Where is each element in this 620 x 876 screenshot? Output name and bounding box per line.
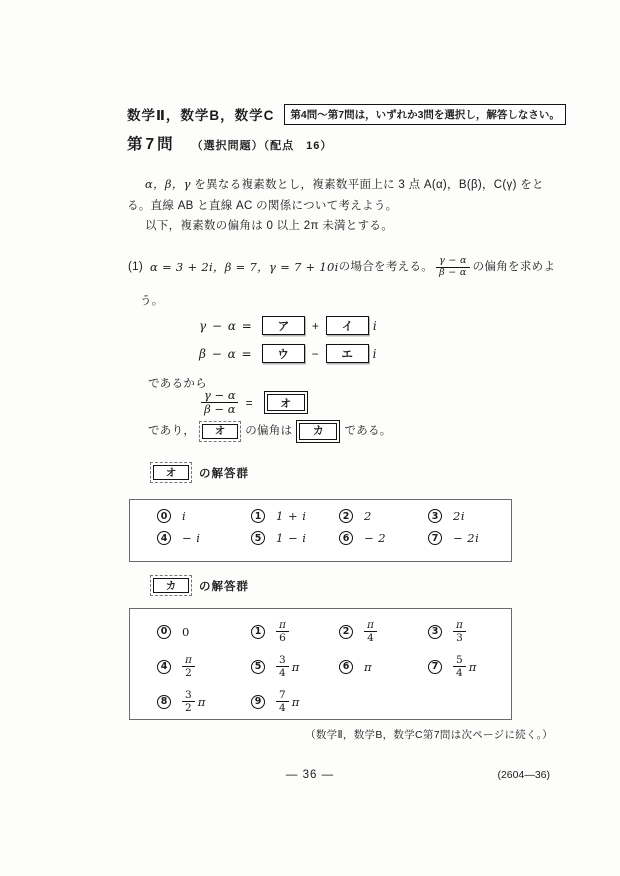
answer-group-ka: 00 1π6 2π4 3π3 4π2 534π 6π 754π 832π 974… [129, 608, 512, 720]
option-item: 11 + i [251, 509, 339, 523]
exam-page: 数学Ⅱ，数学B，数学C 第4問～第7問は，いずれか3問を選択し，解答しなさい。 … [0, 0, 620, 876]
option-fraction: 34 [276, 654, 289, 679]
answer-group-ka-suffix: の解答群 [199, 578, 249, 594]
option-number: 2 [339, 625, 353, 639]
answer-group-o-header: オ の解答群 [150, 462, 249, 483]
option-item: 0i [157, 509, 251, 523]
eq2-lhs: β − α = [199, 347, 253, 361]
option-value: 1 + i [276, 509, 306, 523]
answer-group-o-suffix: の解答群 [199, 465, 249, 481]
fraction-denominator: 3 [453, 631, 466, 644]
option-item: 3π3 [428, 619, 511, 644]
answer-box-i: イ [326, 316, 369, 335]
option-item: 4π2 [157, 654, 251, 679]
option-value: 2i [453, 509, 465, 523]
answer-box-o: オ [267, 394, 305, 411]
plus-sign: + [312, 319, 319, 333]
option-number: 4 [157, 531, 171, 545]
pi-suffix: π [292, 695, 300, 709]
option-value: i [182, 509, 186, 523]
equation-beta-minus-alpha: β − α = ウ − エ i [199, 344, 376, 363]
option-item: 754π [428, 654, 511, 679]
fraction-denominator: 6 [276, 631, 289, 644]
option-item: 6− 2 [339, 531, 428, 545]
minus-sign: − [312, 347, 319, 361]
option-number: 9 [251, 695, 265, 709]
question-title-row: 第7問 （選択問題）（配点 16） [127, 132, 332, 154]
option-item: 6π [339, 654, 428, 679]
eq1-lhs: γ − α = [199, 319, 253, 333]
answer-box-o-ref: オ [199, 421, 241, 442]
fraction-numerator: 5 [453, 654, 466, 666]
option-fraction: 74 [276, 689, 289, 714]
option-value: 1 − i [276, 531, 306, 545]
answer-box-a: ア [262, 316, 305, 335]
answer-box-e: エ [326, 344, 369, 363]
option-number: 2 [339, 509, 353, 523]
fraction-denominator: 4 [364, 631, 377, 644]
fraction-denominator: 2 [182, 701, 195, 714]
answer-box-ka-header-label: カ [153, 578, 189, 593]
equation-gamma-minus-alpha: γ − α = ア + イ i [199, 316, 377, 335]
display-fraction: γ − α β − α [201, 389, 239, 416]
fraction-numerator: π [453, 619, 466, 631]
fraction-denominator: 4 [276, 666, 289, 679]
option-item: 00 [157, 619, 251, 644]
fraction-numerator: 3 [276, 654, 289, 666]
problem-1-line2: う。 [140, 291, 164, 312]
answer-group-o-grid: 0i 11 + i 22 32i 4− i 51 − i 6− 2 7− 2i [130, 500, 511, 545]
fraction-numerator: γ − α [201, 389, 239, 402]
option-number: 4 [157, 660, 171, 674]
fraction-denominator: β − α [201, 402, 238, 416]
answer-box-ka: カ [299, 423, 337, 440]
fraction-denominator: 2 [182, 666, 195, 679]
page-header: 数学Ⅱ，数学B，数学C 第4問～第7問は，いずれか3問を選択し，解答しなさい。 [127, 104, 566, 125]
option-number: 1 [251, 625, 265, 639]
empty-cell [428, 689, 511, 714]
option-number: 1 [251, 509, 265, 523]
answer-group-o: 0i 11 + i 22 32i 4− i 51 − i 6− 2 7− 2i [129, 499, 512, 562]
conclusion-text-2: の偏角は [245, 421, 292, 442]
option-value: 0 [182, 625, 190, 639]
option-number: 5 [251, 660, 265, 674]
continuation-note: （数学Ⅱ，数学B，数学C第7問は次ページに続く。） [0, 727, 553, 742]
option-number: 7 [428, 660, 442, 674]
subject-heading: 数学Ⅱ，数学B，数学C [127, 104, 274, 124]
imaginary-unit: i [373, 347, 377, 361]
conclusion-line: であり， オ の偏角は カ である。 [148, 421, 392, 442]
answer-box-ka-header: カ [150, 575, 192, 596]
option-item: 51 − i [251, 531, 339, 545]
option-number: 5 [251, 531, 265, 545]
option-number: 7 [428, 531, 442, 545]
fraction-denominator: 4 [453, 666, 466, 679]
equals-sign: = [246, 396, 253, 410]
option-item: 22 [339, 509, 428, 523]
intro-block: α，β，γ を異なる複素数とし，複素数平面上に 3 点 A(α)，B(β)，C(… [127, 174, 548, 237]
fraction-numerator: π [364, 619, 377, 631]
greek-variables: α，β，γ [145, 177, 191, 191]
option-fraction: π3 [453, 619, 466, 644]
fraction-numerator: π [276, 619, 289, 631]
option-value: 2 [364, 509, 372, 523]
pi-suffix: π [292, 660, 300, 674]
option-number: 6 [339, 531, 353, 545]
option-item: 2π4 [339, 619, 428, 644]
option-item: 1π6 [251, 619, 339, 644]
option-item: 7− 2i [428, 531, 511, 545]
fraction-numerator: γ − α [436, 256, 470, 267]
display-equation: γ − α β − α = オ [201, 389, 312, 416]
option-value: − 2 [364, 531, 386, 545]
option-item: 534π [251, 654, 339, 679]
answer-box-u: ウ [262, 344, 305, 363]
problem-1-text: の場合を考える。 [339, 257, 433, 278]
option-number: 0 [157, 509, 171, 523]
question-meta: （選択問題）（配点 16） [192, 137, 333, 153]
inline-fraction: γ − α β − α [436, 256, 470, 279]
problem-1-tail: の偏角を求めよ [473, 257, 556, 278]
conclusion-text-3: である。 [344, 421, 391, 442]
fraction-denominator: 4 [276, 701, 289, 714]
imaginary-unit: i [373, 319, 377, 333]
option-value: − 2i [453, 531, 479, 545]
conclusion-text-1: であり， [148, 421, 195, 442]
answer-box-o-header: オ [150, 462, 192, 483]
connector-text: であるから [148, 374, 207, 395]
pi-suffix: π [198, 695, 206, 709]
problem-1-label: (1) [128, 257, 143, 278]
option-number: 6 [339, 660, 353, 674]
empty-cell [339, 689, 428, 714]
option-number: 8 [157, 695, 171, 709]
fraction-numerator: 3 [182, 689, 195, 701]
fraction-numerator: 7 [276, 689, 289, 701]
problem-1-line1: (1) α = 3 + 2i，β = 7，γ = 7 + 10i の場合を考える… [128, 256, 555, 279]
problem-1-given: α = 3 + 2i，β = 7，γ = 7 + 10i [150, 257, 339, 278]
option-item: 832π [157, 689, 251, 714]
option-item: 974π [251, 689, 339, 714]
intro-paragraph: α，β，γ を異なる複素数とし，複素数平面上に 3 点 A(α)，B(β)，C(… [127, 174, 548, 216]
fraction-denominator: β − α [436, 267, 469, 279]
answer-box-o-header-label: オ [153, 465, 189, 480]
option-number: 3 [428, 625, 442, 639]
option-fraction: π4 [364, 619, 377, 644]
option-item: 32i [428, 509, 511, 523]
question-title: 第7問 [127, 132, 176, 154]
option-value: π [364, 660, 372, 674]
form-code: (2604—36) [468, 769, 550, 781]
intro-note: 以下，複素数の偏角は 0 以上 2π 未満とする。 [127, 216, 548, 237]
option-fraction: π2 [182, 654, 195, 679]
option-number: 3 [428, 509, 442, 523]
answer-group-ka-grid: 00 1π6 2π4 3π3 4π2 534π 6π 754π 832π 974… [130, 609, 511, 714]
selection-notice-box: 第4問～第7問は，いずれか3問を選択し，解答しなさい。 [284, 104, 566, 125]
option-value: − i [182, 531, 200, 545]
answer-group-ka-header: カ の解答群 [150, 575, 249, 596]
option-item: 4− i [157, 531, 251, 545]
option-fraction: 32 [182, 689, 195, 714]
pi-suffix: π [469, 660, 477, 674]
option-fraction: π6 [276, 619, 289, 644]
option-fraction: 54 [453, 654, 466, 679]
answer-box-o-ref-label: オ [202, 424, 238, 439]
fraction-numerator: π [182, 654, 195, 666]
option-number: 0 [157, 625, 171, 639]
